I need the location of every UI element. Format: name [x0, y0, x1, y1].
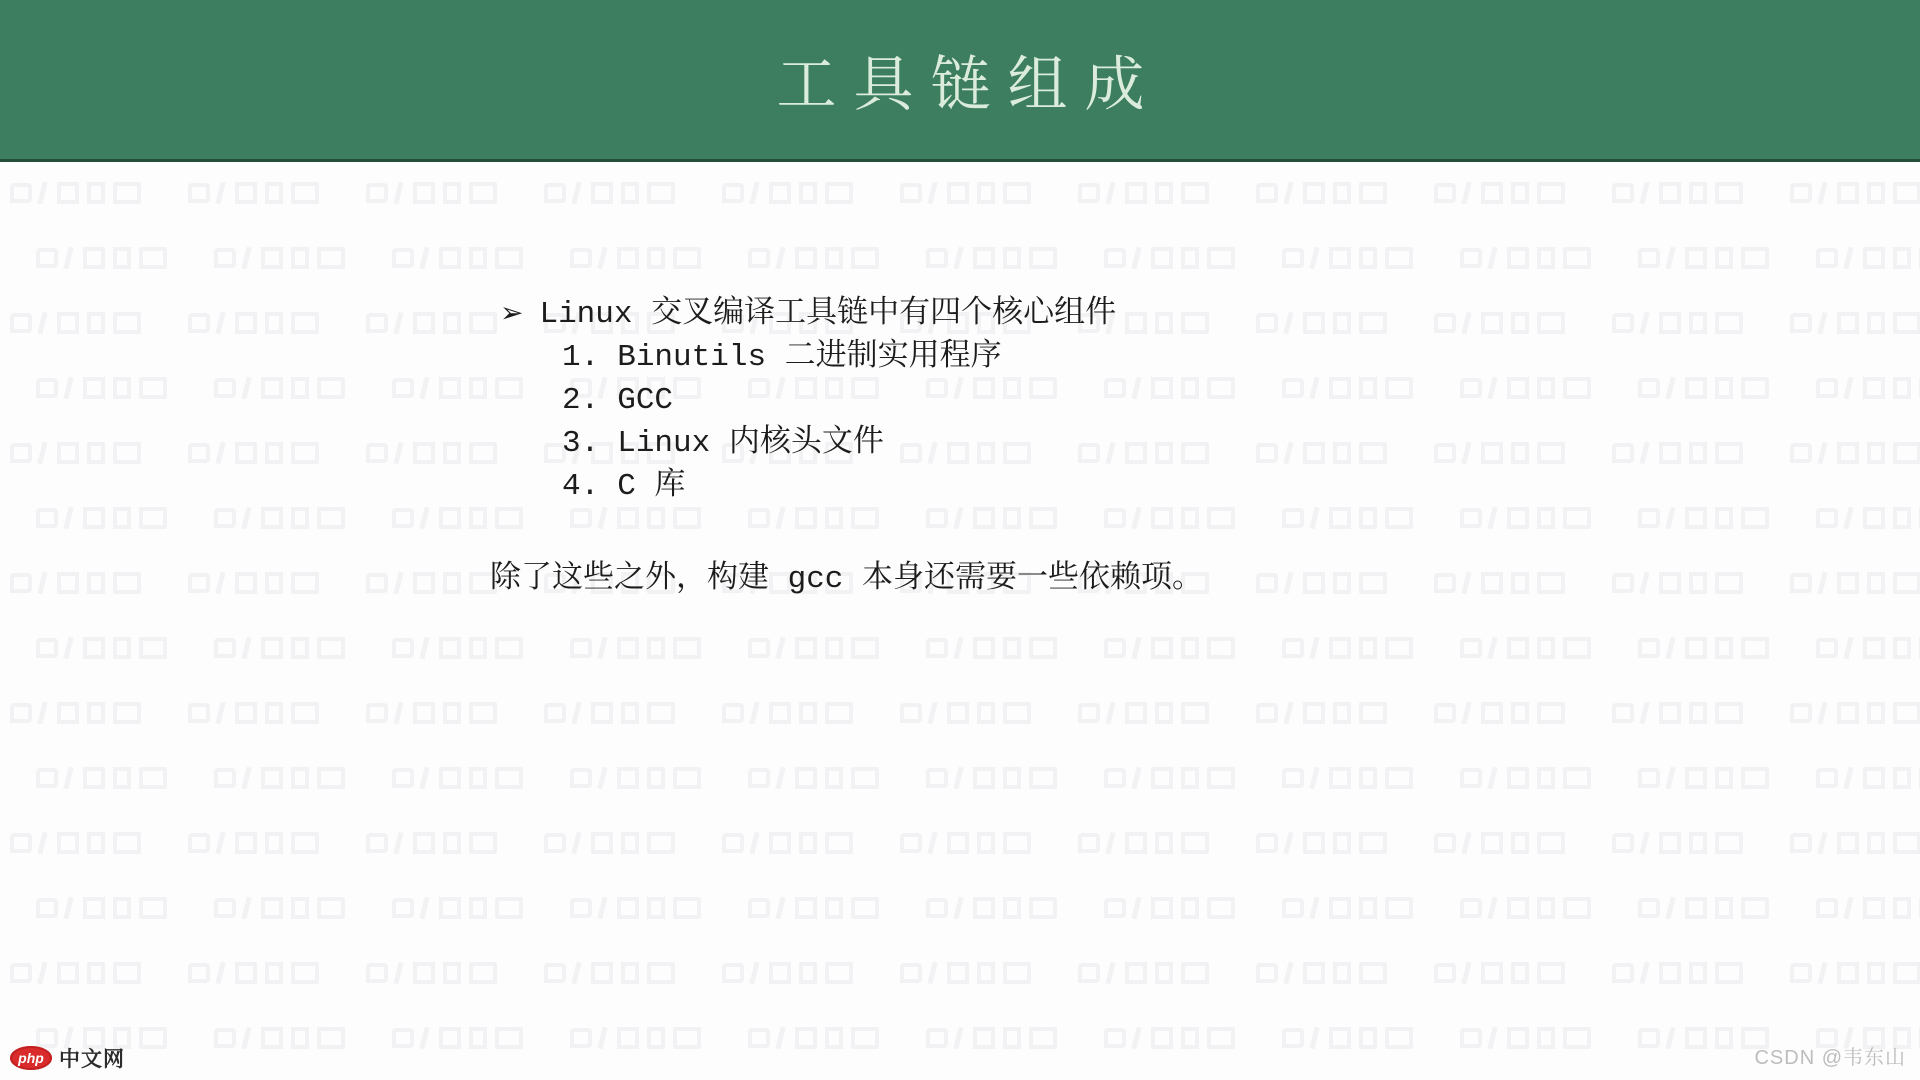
- watermark-glyph: [235, 442, 257, 464]
- watermark-glyph: [215, 702, 225, 725]
- watermark-glyph: [570, 248, 592, 268]
- watermark-glyph: [1329, 507, 1351, 529]
- watermark-tile: [392, 247, 523, 269]
- watermark-tile: [1282, 507, 1413, 529]
- watermark-glyph: [1843, 637, 1853, 660]
- watermark-glyph: [83, 897, 105, 919]
- watermark-glyph: [1207, 1027, 1235, 1049]
- watermark-tile: [1104, 1027, 1235, 1049]
- list-item: 2.GCC: [562, 379, 1203, 422]
- watermark-glyph: [36, 768, 58, 788]
- watermark-glyph: [214, 768, 236, 788]
- watermark-glyph: [241, 507, 251, 530]
- watermark-glyph: [1685, 247, 1707, 269]
- watermark-glyph: [1659, 962, 1681, 984]
- watermark-glyph: [1282, 768, 1304, 788]
- watermark-glyph: [215, 312, 225, 335]
- watermark-glyph: [1303, 442, 1325, 464]
- watermark-glyph: [1507, 377, 1529, 399]
- watermark-glyph: [1665, 247, 1675, 270]
- watermark-glyph: [1481, 832, 1503, 854]
- watermark-glyph: [36, 378, 58, 398]
- watermark-glyph: [87, 702, 105, 724]
- watermark-glyph: [851, 1027, 879, 1049]
- watermark-glyph: [1434, 703, 1456, 723]
- watermark-glyph: [83, 767, 105, 789]
- watermark-glyph: [1507, 767, 1529, 789]
- watermark-glyph: [113, 312, 141, 334]
- list-item: 1.Binutils 二进制实用程序: [562, 336, 1203, 379]
- watermark-glyph: [769, 182, 791, 204]
- watermark-glyph: [1256, 573, 1278, 593]
- watermark-tile: [1790, 962, 1920, 984]
- watermark-glyph: [1359, 1027, 1377, 1049]
- watermark-glyph: [1487, 507, 1497, 530]
- watermark-glyph: [647, 182, 675, 204]
- watermark-glyph: [1329, 247, 1351, 269]
- watermark-glyph: [722, 703, 744, 723]
- watermark-tile: [1078, 832, 1209, 854]
- watermark-glyph: [139, 377, 167, 399]
- watermark-tile: [188, 572, 319, 594]
- watermark-glyph: [775, 247, 785, 270]
- watermark-glyph: [1893, 182, 1920, 204]
- watermark-glyph: [1359, 442, 1387, 464]
- watermark-tile: [36, 767, 167, 789]
- watermark-glyph: [973, 1027, 995, 1049]
- watermark-glyph: [1181, 897, 1199, 919]
- watermark-glyph: [10, 573, 32, 593]
- watermark-glyph: [647, 897, 665, 919]
- watermark-glyph: [1487, 377, 1497, 400]
- watermark-glyph: [317, 1027, 345, 1049]
- watermark-glyph: [570, 768, 592, 788]
- watermark-glyph: [597, 247, 607, 270]
- watermark-glyph: [1689, 572, 1707, 594]
- watermark-glyph: [1790, 833, 1812, 853]
- watermark-glyph: [188, 963, 210, 983]
- watermark-glyph: [1563, 767, 1591, 789]
- watermark-glyph: [1282, 1028, 1304, 1048]
- watermark-tile: [544, 832, 675, 854]
- watermark-glyph: [1181, 962, 1209, 984]
- watermark-glyph: [469, 182, 497, 204]
- watermark-glyph: [1309, 1027, 1319, 1050]
- watermark-glyph: [1155, 832, 1173, 854]
- watermark-glyph: [291, 312, 319, 334]
- watermark-tile: [570, 897, 701, 919]
- watermark-glyph: [1461, 702, 1471, 725]
- watermark-glyph: [1125, 832, 1147, 854]
- watermark-tile: [1434, 702, 1565, 724]
- watermark-glyph: [1256, 703, 1278, 723]
- watermark-glyph: [139, 1027, 167, 1049]
- watermark-glyph: [1487, 897, 1497, 920]
- watermark-glyph: [1685, 767, 1707, 789]
- watermark-tile: [1434, 962, 1565, 984]
- watermark-tile: [36, 377, 167, 399]
- watermark-glyph: [1893, 572, 1920, 594]
- watermark-glyph: [1181, 1027, 1199, 1049]
- watermark-glyph: [113, 897, 131, 919]
- watermark-glyph: [188, 313, 210, 333]
- watermark-glyph: [1537, 442, 1565, 464]
- watermark-tile: [1612, 572, 1743, 594]
- watermark-glyph: [1282, 508, 1304, 528]
- watermark-glyph: [37, 702, 47, 725]
- watermark-glyph: [1507, 897, 1529, 919]
- watermark-glyph: [1487, 1027, 1497, 1050]
- watermark-tile: [1816, 507, 1920, 529]
- watermark-glyph: [241, 637, 251, 660]
- watermark-tile: [926, 1027, 1057, 1049]
- watermark-glyph: [1639, 442, 1649, 465]
- watermark-glyph: [1659, 182, 1681, 204]
- watermark-tile: [1816, 377, 1920, 399]
- watermark-glyph: [469, 767, 487, 789]
- watermark-glyph: [947, 182, 969, 204]
- watermark-glyph: [1639, 962, 1649, 985]
- watermark-glyph: [1511, 832, 1529, 854]
- watermark-glyph: [1131, 1027, 1141, 1050]
- watermark-tile: [366, 702, 497, 724]
- watermark-glyph: [1612, 703, 1634, 723]
- watermark-glyph: [1867, 572, 1885, 594]
- watermark-glyph: [1104, 638, 1126, 658]
- watermark-glyph: [241, 1027, 251, 1050]
- watermark-glyph: [413, 572, 435, 594]
- watermark-glyph: [1511, 182, 1529, 204]
- watermark-glyph: [1460, 898, 1482, 918]
- watermark-glyph: [1434, 443, 1456, 463]
- watermark-glyph: [366, 703, 388, 723]
- watermark-glyph: [1685, 637, 1707, 659]
- watermark-glyph: [926, 768, 948, 788]
- watermark-glyph: [1256, 963, 1278, 983]
- watermark-tile: [570, 247, 701, 269]
- watermark-tile: [188, 702, 319, 724]
- watermark-glyph: [977, 832, 995, 854]
- watermark-tile: [1612, 442, 1743, 464]
- php-logo-icon: php: [10, 1046, 52, 1070]
- watermark-glyph: [597, 637, 607, 660]
- watermark-glyph: [1837, 832, 1859, 854]
- watermark-glyph: [215, 442, 225, 465]
- watermark-glyph: [1029, 767, 1057, 789]
- watermark-glyph: [1460, 378, 1482, 398]
- watermark-glyph: [392, 1028, 414, 1048]
- watermark-glyph: [1537, 832, 1565, 854]
- watermark-glyph: [1790, 573, 1812, 593]
- watermark-tile: [1104, 897, 1235, 919]
- watermark-glyph: [973, 767, 995, 789]
- watermark-glyph: [1816, 378, 1838, 398]
- watermark-glyph: [241, 767, 251, 790]
- watermark-glyph: [1715, 572, 1743, 594]
- watermark-glyph: [1893, 377, 1911, 399]
- watermark-glyph: [36, 638, 58, 658]
- watermark-glyph: [1481, 442, 1503, 464]
- watermark-glyph: [241, 247, 251, 270]
- watermark-glyph: [439, 767, 461, 789]
- watermark-glyph: [1151, 637, 1173, 659]
- watermark-glyph: [392, 768, 414, 788]
- watermark-glyph: [139, 247, 167, 269]
- watermark-glyph: [1639, 702, 1649, 725]
- watermark-glyph: [439, 897, 461, 919]
- watermark-glyph: [1303, 572, 1325, 594]
- watermark-glyph: [1385, 767, 1413, 789]
- watermark-tile: [366, 832, 497, 854]
- watermark-glyph: [214, 508, 236, 528]
- watermark-glyph: [927, 832, 937, 855]
- watermark-glyph: [1283, 442, 1293, 465]
- watermark-glyph: [1461, 182, 1471, 205]
- watermark-glyph: [1659, 572, 1681, 594]
- watermark-tile: [392, 767, 523, 789]
- watermark-glyph: [1003, 1027, 1021, 1049]
- watermark-glyph: [366, 963, 388, 983]
- watermark-glyph: [1131, 897, 1141, 920]
- watermark-glyph: [748, 1028, 770, 1048]
- watermark-tile: [1612, 182, 1743, 204]
- watermark-tile: [214, 1027, 345, 1049]
- watermark-glyph: [1893, 247, 1911, 269]
- watermark-glyph: [36, 898, 58, 918]
- watermark-glyph: [1893, 702, 1920, 724]
- watermark-glyph: [570, 638, 592, 658]
- watermark-tile: [1816, 637, 1920, 659]
- watermark-glyph: [1181, 767, 1199, 789]
- watermark-glyph: [795, 767, 817, 789]
- watermark-glyph: [1563, 637, 1591, 659]
- watermark-tile: [1612, 312, 1743, 334]
- watermark-glyph: [1612, 963, 1634, 983]
- watermark-tile: [188, 962, 319, 984]
- watermark-glyph: [1715, 507, 1733, 529]
- watermark-tile: [10, 832, 141, 854]
- watermark-glyph: [366, 443, 388, 463]
- watermark-glyph: [439, 637, 461, 659]
- watermark-glyph: [1843, 247, 1853, 270]
- watermark-glyph: [1837, 702, 1859, 724]
- watermark-glyph: [1563, 1027, 1591, 1049]
- watermark-glyph: [1125, 182, 1147, 204]
- watermark-glyph: [1487, 637, 1497, 660]
- watermark-tile: [722, 182, 853, 204]
- watermark-glyph: [1359, 377, 1377, 399]
- watermark-tile: [1790, 572, 1920, 594]
- watermark-glyph: [1303, 832, 1325, 854]
- watermark-tile: [366, 572, 497, 594]
- watermark-glyph: [1893, 637, 1911, 659]
- watermark-glyph: [261, 1027, 283, 1049]
- watermark-glyph: [1507, 507, 1529, 529]
- bullet-text: Linux 交叉编译工具链中有四个核心组件: [539, 297, 1116, 332]
- watermark-glyph: [1665, 507, 1675, 530]
- watermark-glyph: [265, 572, 283, 594]
- watermark-glyph: [825, 1027, 843, 1049]
- watermark-glyph: [235, 572, 257, 594]
- watermark-glyph: [926, 898, 948, 918]
- watermark-glyph: [1893, 767, 1911, 789]
- watermark-glyph: [1867, 702, 1885, 724]
- watermark-glyph: [261, 507, 283, 529]
- watermark-glyph: [214, 248, 236, 268]
- watermark-glyph: [214, 898, 236, 918]
- watermark-glyph: [469, 832, 497, 854]
- watermark-glyph: [1333, 442, 1351, 464]
- watermark-glyph: [825, 897, 843, 919]
- watermark-glyph: [113, 507, 131, 529]
- watermark-glyph: [1715, 767, 1733, 789]
- watermark-glyph: [393, 572, 403, 595]
- watermark-glyph: [1207, 377, 1235, 399]
- watermark-glyph: [261, 637, 283, 659]
- watermark-glyph: [900, 703, 922, 723]
- watermark-glyph: [1790, 183, 1812, 203]
- watermark-tile: [748, 897, 879, 919]
- watermark-glyph: [37, 182, 47, 205]
- watermark-glyph: [392, 378, 414, 398]
- watermark-glyph: [926, 248, 948, 268]
- watermark-glyph: [977, 962, 995, 984]
- watermark-tile: [214, 247, 345, 269]
- watermark-glyph: [188, 703, 210, 723]
- watermark-glyph: [1563, 507, 1591, 529]
- watermark-glyph: [825, 832, 853, 854]
- watermark-glyph: [1104, 248, 1126, 268]
- watermark-tile: [392, 1027, 523, 1049]
- list-item: 3.Linux 内核头文件: [562, 422, 1203, 465]
- watermark-glyph: [265, 312, 283, 334]
- watermark-tile: [926, 767, 1057, 789]
- watermark-glyph: [1893, 312, 1920, 334]
- watermark-glyph: [1817, 182, 1827, 205]
- watermark-glyph: [544, 963, 566, 983]
- watermark-glyph: [1105, 702, 1115, 725]
- watermark-glyph: [1537, 507, 1555, 529]
- list-item-number: 3.: [562, 426, 599, 461]
- watermark-tile: [570, 767, 701, 789]
- watermark-glyph: [1685, 377, 1707, 399]
- watermark-glyph: [1104, 768, 1126, 788]
- watermark-glyph: [953, 247, 963, 270]
- watermark-glyph: [1155, 962, 1173, 984]
- watermark-glyph: [617, 767, 639, 789]
- watermark-glyph: [1207, 247, 1235, 269]
- watermark-glyph: [1181, 247, 1199, 269]
- watermark-glyph: [1151, 897, 1173, 919]
- watermark-glyph: [469, 507, 487, 529]
- watermark-tile: [544, 702, 675, 724]
- watermark-glyph: [265, 442, 283, 464]
- watermark-glyph: [1282, 248, 1304, 268]
- watermark-glyph: [1385, 897, 1413, 919]
- watermark-glyph: [1790, 703, 1812, 723]
- watermark-tile: [188, 312, 319, 334]
- watermark-glyph: [1125, 702, 1147, 724]
- watermark-glyph: [1537, 702, 1565, 724]
- watermark-glyph: [87, 832, 105, 854]
- watermark-glyph: [1155, 702, 1173, 724]
- watermark-glyph: [1843, 507, 1853, 530]
- watermark-glyph: [1537, 1027, 1555, 1049]
- watermark-tile: [1282, 767, 1413, 789]
- watermark-glyph: [617, 247, 639, 269]
- watermark-glyph: [927, 182, 937, 205]
- watermark-glyph: [1461, 832, 1471, 855]
- watermark-glyph: [214, 378, 236, 398]
- watermark-glyph: [413, 442, 435, 464]
- watermark-glyph: [1282, 378, 1304, 398]
- watermark-glyph: [795, 897, 817, 919]
- watermark-glyph: [1790, 963, 1812, 983]
- watermark-glyph: [261, 377, 283, 399]
- watermark-glyph: [1283, 182, 1293, 205]
- watermark-tile: [10, 702, 141, 724]
- watermark-glyph: [851, 767, 879, 789]
- watermark-tile: [1460, 637, 1591, 659]
- watermark-tile: [392, 897, 523, 919]
- watermark-glyph: [317, 377, 345, 399]
- watermark-glyph: [317, 507, 345, 529]
- watermark-glyph: [1104, 898, 1126, 918]
- watermark-tile: [1638, 247, 1769, 269]
- watermark-tile: [214, 767, 345, 789]
- watermark-glyph: [1359, 832, 1387, 854]
- watermark-glyph: [1359, 962, 1387, 984]
- watermark-glyph: [1816, 638, 1838, 658]
- watermark-glyph: [1282, 638, 1304, 658]
- watermark-glyph: [1639, 312, 1649, 335]
- watermark-glyph: [1333, 832, 1351, 854]
- watermark-glyph: [647, 767, 665, 789]
- watermark-glyph: [1329, 377, 1351, 399]
- watermark-glyph: [1131, 637, 1141, 660]
- watermark-glyph: [1715, 247, 1733, 269]
- watermark-glyph: [977, 182, 995, 204]
- watermark-glyph: [1125, 962, 1147, 984]
- watermark-glyph: [83, 377, 105, 399]
- watermark-glyph: [392, 248, 414, 268]
- watermark-glyph: [1665, 767, 1675, 790]
- watermark-glyph: [825, 247, 843, 269]
- watermark-tile: [1282, 247, 1413, 269]
- watermark-tile: [214, 637, 345, 659]
- watermark-tile: [900, 182, 1031, 204]
- watermark-glyph: [1151, 1027, 1173, 1049]
- watermark-glyph: [1283, 702, 1293, 725]
- watermark-glyph: [63, 767, 73, 790]
- watermark-glyph: [291, 247, 309, 269]
- watermark-glyph: [1537, 572, 1565, 594]
- watermark-glyph: [1256, 443, 1278, 463]
- watermark-glyph: [63, 637, 73, 660]
- watermark-glyph: [235, 832, 257, 854]
- watermark-glyph: [291, 442, 319, 464]
- watermark-glyph: [647, 962, 675, 984]
- watermark-glyph: [443, 962, 461, 984]
- watermark-glyph: [1816, 508, 1838, 528]
- watermark-glyph: [1715, 702, 1743, 724]
- watermark-tile: [1460, 377, 1591, 399]
- watermark-glyph: [1003, 247, 1021, 269]
- watermark-glyph: [443, 182, 461, 204]
- watermark-tile: [1460, 1027, 1591, 1049]
- watermark-glyph: [1105, 182, 1115, 205]
- watermark-glyph: [825, 767, 843, 789]
